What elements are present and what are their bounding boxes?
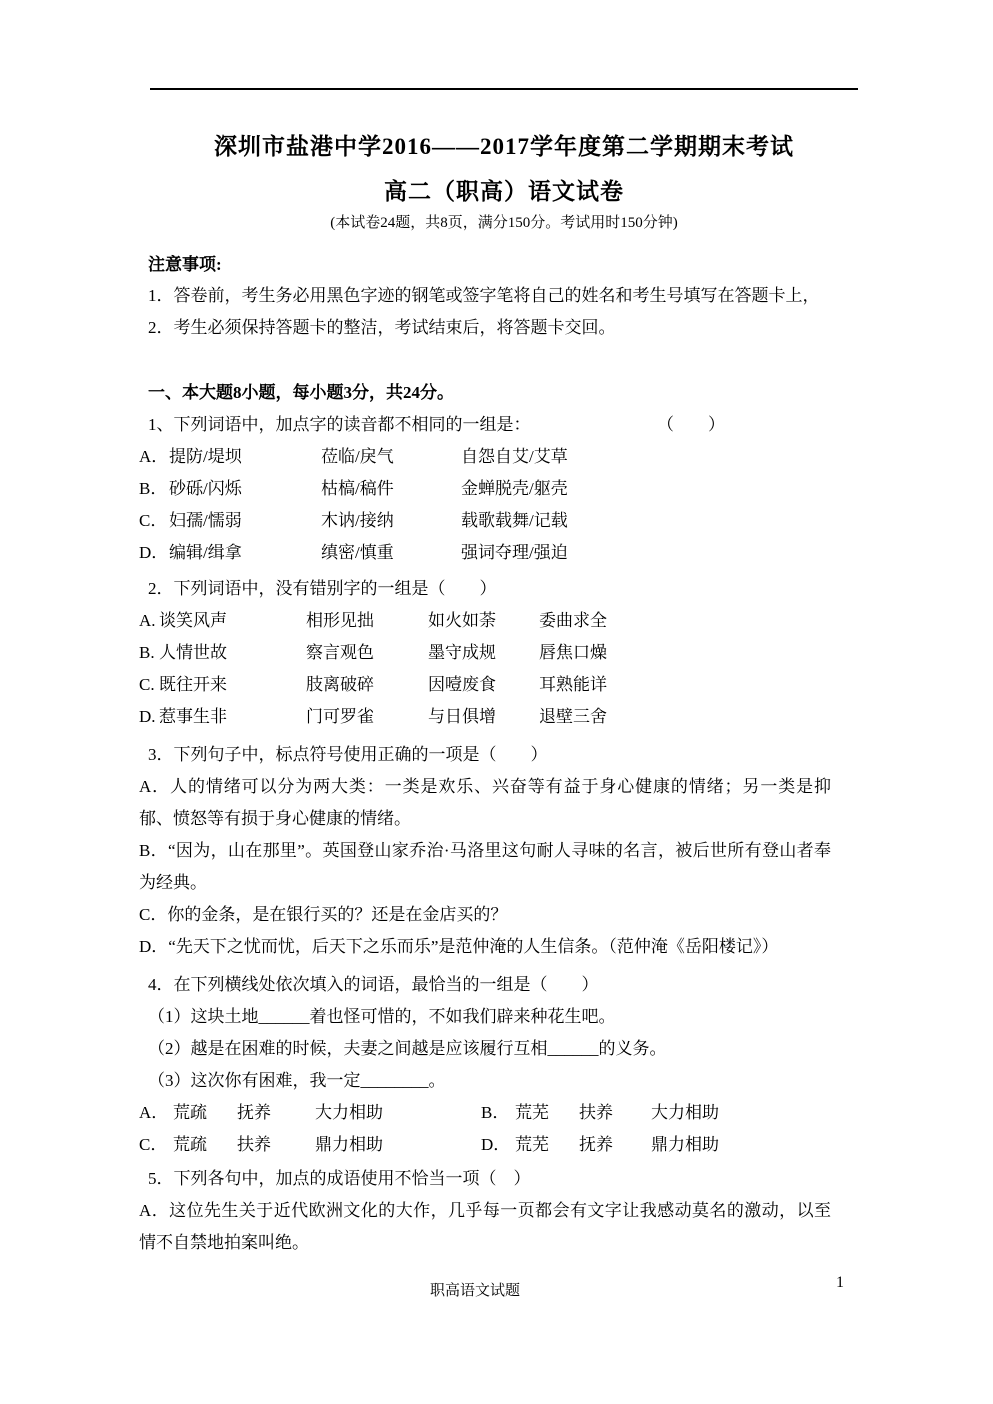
q3-option-b: B．“因为，山在那里”。英国登山家乔治·马洛里这句耐人寻味的名言，被后世所有登山…	[139, 835, 831, 899]
q4-option-d-label: D．	[481, 1129, 515, 1161]
q4-blank-2: （2）越是在困难的时候，夫妻之间越是应该履行互相______的义务。	[148, 1033, 860, 1065]
q2-option-a-word4: 委曲求全	[539, 611, 607, 630]
q4-option-b-word3: 大力相助	[651, 1103, 719, 1122]
q1-stem-text: 1、下列词语中，加点字的读音都不相同的一组是：	[148, 415, 531, 434]
exam-meta-line: (本试卷24题，共8页，满分150分。考试用时150分钟)	[148, 210, 860, 236]
q2-option-b-word1: 人情世故	[159, 637, 306, 669]
q1-option-d: D．编辑/缉拿缜密/慎重强词夺理/强迫	[139, 537, 860, 569]
q4-option-a-word3: 大力相助	[315, 1097, 481, 1129]
q1-option-d-word2: 缜密/慎重	[321, 537, 461, 569]
q1-option-a-label: A．	[139, 441, 169, 473]
q3-option-d: D．“先天下之忧而忧，后天下之乐而乐”是范仲淹的人生信条。（范仲淹《岳阳楼记》）	[139, 931, 831, 963]
q2-option-d: D.惹事生非门可罗雀与日俱增退壁三舍	[139, 701, 860, 733]
q2-option-d-word1: 惹事生非	[159, 701, 306, 733]
q2-option-a-word1: 谈笑风声	[159, 605, 306, 637]
q4-option-d-word1: 荒芜	[515, 1129, 579, 1161]
q2-option-d-word3: 与日俱增	[428, 701, 539, 733]
q4-option-row-ab: A．荒疏抚养大力相助B．荒芜扶养大力相助	[139, 1097, 860, 1129]
q2-option-b-label: B.	[139, 637, 159, 669]
q4-option-c-word1: 荒疏	[173, 1129, 237, 1161]
q2-option-a-word2: 相形见拙	[306, 605, 428, 637]
q4-option-c-word2: 扶养	[237, 1129, 315, 1161]
q4-stem: 4．在下列横线处依次填入的词语，最恰当的一组是（ ）	[148, 969, 860, 1001]
header-rule	[150, 88, 858, 90]
q2-option-c-word3: 因噎废食	[428, 669, 539, 701]
footer-doc-label: 职高语文试题	[430, 1279, 520, 1300]
q1-option-b-word2: 枯槁/稿件	[321, 473, 461, 505]
q4-blank-1: （1）这块土地______着也怪可惜的，不如我们辟来种花生吧。	[148, 1001, 860, 1033]
exam-paper-page: 深圳市盐港中学2016——2017学年度第二学期期末考试 高二（职高）语文试卷 …	[0, 0, 993, 1404]
q2-option-a-word3: 如火如荼	[428, 605, 539, 637]
q4-option-row-cd: C．荒疏扶养鼎力相助D．荒芜抚养鼎力相助	[139, 1129, 860, 1161]
q2-option-c-word4: 耳熟能详	[539, 675, 607, 694]
document-body: 深圳市盐港中学2016——2017学年度第二学期期末考试 高二（职高）语文试卷 …	[148, 122, 860, 1259]
q2-option-d-label: D.	[139, 701, 159, 733]
q4-option-b-word1: 荒芜	[515, 1097, 579, 1129]
q2-option-b: B.人情世故察言观色墨守成规唇焦口燥	[139, 637, 860, 669]
q2-option-b-word2: 察言观色	[306, 637, 428, 669]
footer-page-number: 1	[836, 1274, 844, 1292]
q4-blank-3: （3）这次你有困难，我一定________。	[148, 1065, 860, 1097]
q4-option-a-word1: 荒疏	[173, 1097, 237, 1129]
q1-option-c: C．妇孺/懦弱木讷/接纳载歌载舞/记载	[139, 505, 860, 537]
exam-title-line2: 高二（职高）语文试卷	[148, 175, 860, 208]
q2-option-a: A.谈笑风声相形见拙如火如荼委曲求全	[139, 605, 860, 637]
q3-option-a: A．人的情绪可以分为两大类：一类是欢乐、兴奋等有益于身心健康的情绪；另一类是抑郁…	[139, 771, 831, 835]
q2-option-d-word2: 门可罗雀	[306, 701, 428, 733]
q2-option-d-word4: 退壁三舍	[539, 707, 607, 726]
q1-option-a-word1: 提防/堤坝	[169, 441, 321, 473]
q1-option-c-word3: 载歌载舞/记载	[461, 511, 568, 530]
q4-option-a-label: A．	[139, 1097, 173, 1129]
q4-option-b-word2: 扶养	[579, 1097, 651, 1129]
q1-option-a-word2: 莅临/戾气	[321, 441, 461, 473]
q1-option-b: B．砂砾/闪烁枯槁/稿件金蝉脱壳/躯壳	[139, 473, 860, 505]
q1-stem: 1、下列词语中，加点字的读音都不相同的一组是： （ ）	[148, 409, 860, 441]
q4-option-a-word2: 抚养	[237, 1097, 315, 1129]
q4-option-c-word3: 鼎力相助	[315, 1129, 481, 1161]
section-1-heading: 一、本大题8小题，每小题3分，共24分。	[148, 377, 860, 409]
q1-option-c-word1: 妇孺/懦弱	[169, 505, 321, 537]
q1-option-a: A．提防/堤坝莅临/戾气自怨自艾/艾草	[139, 441, 860, 473]
q3-option-c: C．你的金条，是在银行买的？还是在金店买的？	[139, 899, 831, 931]
q1-option-c-label: C．	[139, 505, 169, 537]
q4-option-d-word2: 抚养	[579, 1129, 651, 1161]
q5-option-a: A．这位先生关于近代欧洲文化的大作，几乎每一页都会有文字让我感动莫名的激动，以至…	[139, 1195, 831, 1259]
q2-option-c: C.既往开来肢离破碎因噎废食耳熟能详	[139, 669, 860, 701]
q2-option-c-word1: 既往开来	[159, 669, 306, 701]
q1-answer-bracket: （ ）	[657, 409, 725, 441]
q2-option-b-word3: 墨守成规	[428, 637, 539, 669]
q1-option-c-word2: 木讷/接纳	[321, 505, 461, 537]
notice-heading: 注意事项:	[148, 250, 860, 280]
q2-option-c-word2: 肢离破碎	[306, 669, 428, 701]
q4-option-d-word3: 鼎力相助	[651, 1135, 719, 1154]
notice-item-2: 2．考生必须保持答题卡的整洁，考试结束后，将答题卡交回。	[148, 312, 860, 344]
q2-option-a-label: A.	[139, 605, 159, 637]
q1-option-b-word1: 砂砾/闪烁	[169, 473, 321, 505]
q1-option-d-label: D．	[139, 537, 169, 569]
q4-option-b-label: B．	[481, 1097, 515, 1129]
q1-option-b-label: B．	[139, 473, 169, 505]
q2-option-c-label: C.	[139, 669, 159, 701]
notice-item-1: 1．答卷前，考生务必用黑色字迹的钢笔或签字笔将自己的姓名和考生号填写在答题卡上，	[148, 280, 860, 312]
q1-option-a-word3: 自怨自艾/艾草	[461, 447, 568, 466]
q4-option-c-label: C．	[139, 1129, 173, 1161]
q1-option-b-word3: 金蝉脱壳/躯壳	[461, 479, 568, 498]
q1-option-d-word1: 编辑/缉拿	[169, 537, 321, 569]
q5-stem: 5．下列各句中，加点的成语使用不恰当一项（ ）	[148, 1163, 860, 1195]
q3-stem: 3．下列句子中，标点符号使用正确的一项是（ ）	[148, 739, 860, 771]
exam-title-line1: 深圳市盐港中学2016——2017学年度第二学期期末考试	[148, 130, 860, 163]
q2-option-b-word4: 唇焦口燥	[539, 643, 607, 662]
q1-option-d-word3: 强词夺理/强迫	[461, 543, 568, 562]
q2-stem: 2．下列词语中，没有错别字的一组是（ ）	[148, 573, 860, 605]
